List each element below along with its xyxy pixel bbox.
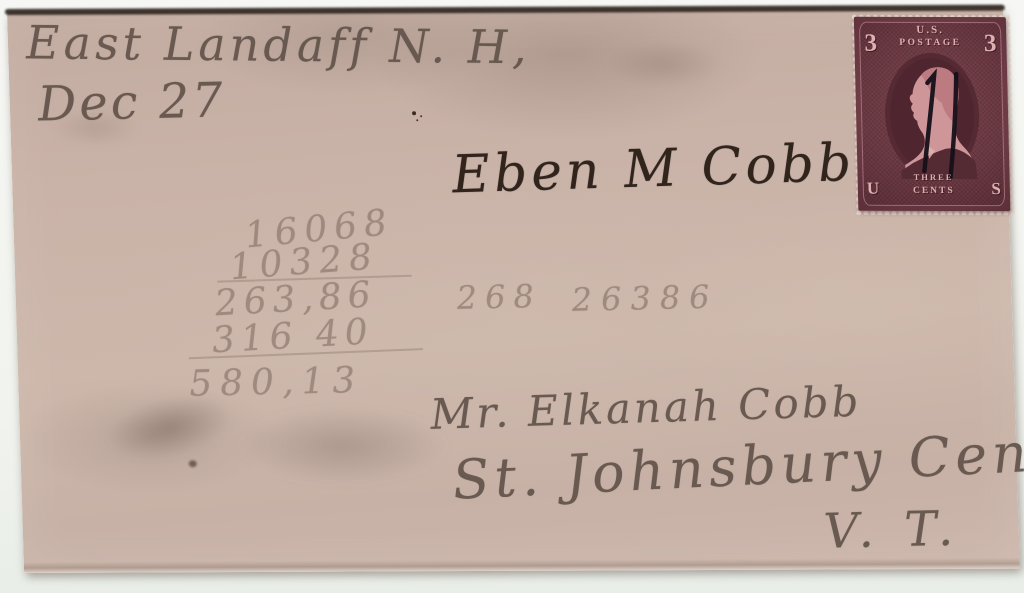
- date-handwriting: Dec 27: [37, 76, 227, 128]
- smudge-stain: [234, 406, 451, 485]
- ink-spot: [189, 460, 197, 467]
- washington-profile-icon: [881, 49, 984, 179]
- smudge-stain: [603, 40, 724, 89]
- stamp-perforation-border: U.S. POSTAGE 3 3 U S: [850, 13, 1015, 215]
- stamp-numeral-left: 3: [864, 30, 877, 58]
- stamp-value-word-three: THREE: [857, 172, 1009, 182]
- addressee-state-handwriting: V. T.: [823, 505, 962, 556]
- pencil-note: 268: [456, 280, 543, 314]
- pencil-figure: 580,13: [189, 363, 365, 403]
- envelope: East Landaff N. H, Dec 27 Eben M Cobb 16…: [7, 9, 1020, 573]
- scan-background: East Landaff N. H, Dec 27 Eben M Cobb 16…: [0, 0, 1024, 593]
- postage-stamp: U.S. POSTAGE 3 3 U S: [854, 17, 1011, 211]
- ink-speck: [412, 111, 416, 115]
- origin-town-handwriting: East Landaff N. H,: [26, 19, 531, 70]
- sender-name-handwriting: Eben M Cobb: [451, 137, 857, 201]
- pencil-note: 26386: [571, 281, 719, 316]
- addressee-name-handwriting: Mr. Elkanah Cobb: [429, 381, 862, 436]
- envelope-bottom-fold: [24, 558, 1020, 573]
- stamp-value-word-cents: CENTS: [858, 186, 1010, 196]
- stamp-numeral-right: 3: [984, 30, 997, 58]
